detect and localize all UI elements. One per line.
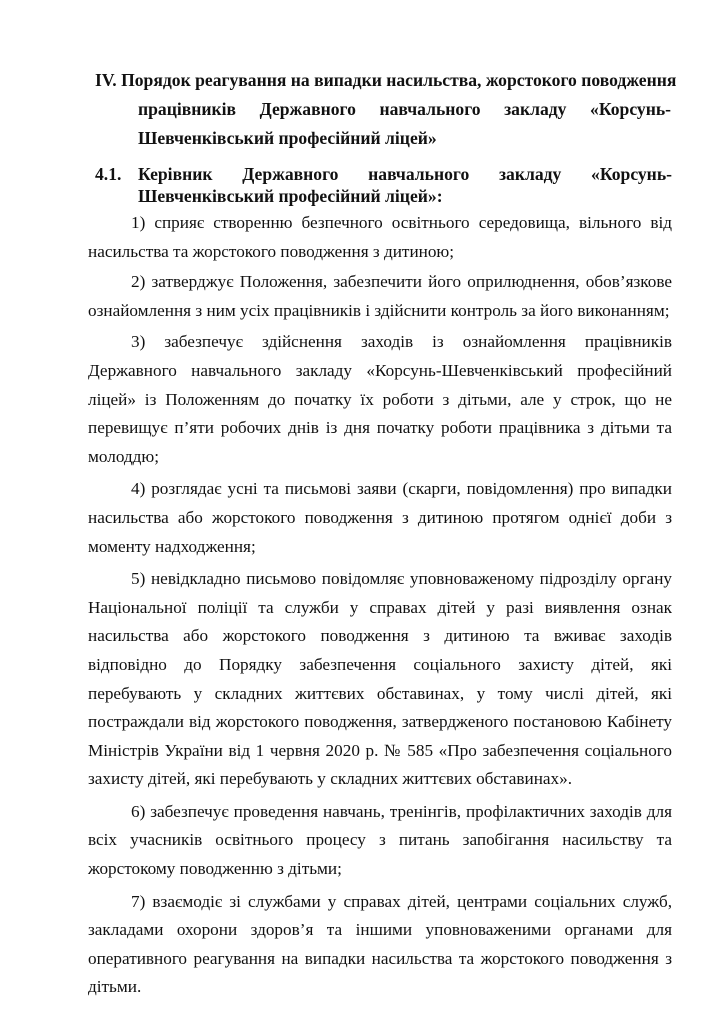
list-item-1: 1) сприяє створенню безпечного освітньог…	[88, 209, 672, 266]
list-item-7: 7) взаємодіє зі службами у справах дітей…	[88, 888, 672, 1002]
list-item-3: 3) забезпечує здійснення заходів із озна…	[88, 328, 672, 471]
subsection-heading: 4.1. Керівник Державного навчального зак…	[95, 163, 672, 207]
subsection-title: Керівник Державного навчального закладу …	[138, 163, 672, 207]
list-item-6: 6) забезпечує проведення навчань, тренін…	[88, 798, 672, 884]
section-heading: IV. Порядок реагування на випадки насиль…	[95, 66, 675, 153]
section-heading-rest: працівників Державного навчального закла…	[138, 95, 671, 153]
list-item-2: 2) затверджує Положення, забезпечити йог…	[88, 268, 672, 325]
list-item-4: 4) розглядає усні та письмові заяви (ска…	[88, 475, 672, 561]
document-body: 1) сприяє створенню безпечного освітньог…	[88, 209, 672, 1002]
subsection-number: 4.1.	[95, 163, 121, 185]
section-heading-line1: IV. Порядок реагування на випадки насиль…	[95, 66, 675, 95]
list-item-5: 5) невідкладно письмово повідомляє уповн…	[88, 565, 672, 794]
document-page: IV. Порядок реагування на випадки насиль…	[0, 0, 724, 1024]
